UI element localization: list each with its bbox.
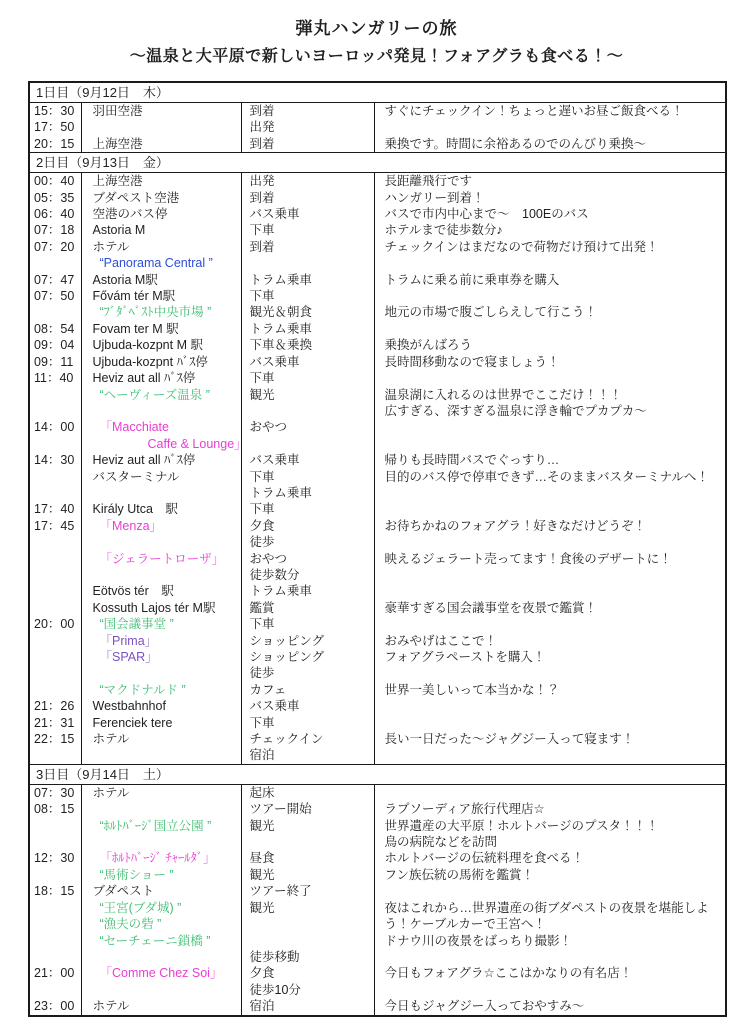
place-cell bbox=[81, 982, 241, 998]
itinerary-row: 07：18Astoria M下車ホテルまで徒歩数分♪ bbox=[29, 222, 726, 238]
action-cell: 到着 bbox=[241, 136, 374, 153]
time-cell: 11：40 bbox=[29, 370, 81, 386]
itinerary-row: 宿泊 bbox=[29, 747, 726, 764]
place-cell: Ferenciek tere bbox=[81, 715, 241, 731]
time-cell bbox=[29, 551, 81, 567]
time-cell: 23：00 bbox=[29, 998, 81, 1015]
note-cell: 今日もジャグジー入っておやすみ～ bbox=[374, 998, 726, 1015]
note-cell bbox=[374, 883, 726, 899]
time-cell: 17：50 bbox=[29, 119, 81, 135]
action-cell: 徒歩数分 bbox=[241, 567, 374, 583]
itinerary-row: 08：15ツアー開始ラプソーディア旅行代理店☆ bbox=[29, 801, 726, 817]
time-cell: 17：40 bbox=[29, 501, 81, 517]
itinerary-row: 15：30羽田空港到着すぐにチェックイン！ちょっと遅いお昼ご飯食べる！ bbox=[29, 103, 726, 120]
time-cell bbox=[29, 682, 81, 698]
note-cell bbox=[374, 436, 726, 452]
time-cell bbox=[29, 747, 81, 764]
time-cell: 08：54 bbox=[29, 321, 81, 337]
place-cell: “国会議事堂 ” bbox=[81, 616, 241, 632]
action-cell: 下車 bbox=[241, 501, 374, 517]
time-cell bbox=[29, 633, 81, 649]
place-cell: Eötvös tér 駅 bbox=[81, 583, 241, 599]
document-page: 弾丸ハンガリーの旅 ～温泉と大平原で新しいヨーロッパ発見！フォアグラも食べる！～… bbox=[0, 0, 753, 1024]
action-cell: 下車 bbox=[241, 288, 374, 304]
action-cell: バス乗車 bbox=[241, 206, 374, 222]
day-header: 1日目（9月12日 木） bbox=[29, 82, 726, 103]
action-cell: 出発 bbox=[241, 119, 374, 135]
itinerary-row: 07：47Astoria M駅トラム乗車トラムに乗る前に乗車券を購入 bbox=[29, 272, 726, 288]
note-cell: 乗換がんばろう bbox=[374, 337, 726, 353]
note-cell bbox=[374, 119, 726, 135]
note-cell: 目的のバス停で停車できず…そのままバスターミナルへ！ bbox=[374, 469, 726, 485]
note-cell: 世界遺産の大平原！ホルトバージのプスタ！！！ bbox=[374, 818, 726, 834]
place-cell bbox=[81, 834, 241, 850]
note-cell bbox=[374, 370, 726, 386]
action-cell: 観光＆朝食 bbox=[241, 304, 374, 320]
time-cell: 05：35 bbox=[29, 190, 81, 206]
time-cell bbox=[29, 916, 81, 932]
itinerary-row: “漁夫の砦 ”う！ケーブルカーで王宮へ！ bbox=[29, 916, 726, 932]
note-cell bbox=[374, 616, 726, 632]
itinerary-table-body: 1日目（9月12日 木）15：30羽田空港到着すぐにチェックイン！ちょっと遅いお… bbox=[29, 82, 726, 1016]
itinerary-row: バスターミナル下車目的のバス停で停車できず…そのままバスターミナルへ！ bbox=[29, 469, 726, 485]
place-cell: ブダペスト空港 bbox=[81, 190, 241, 206]
note-cell bbox=[374, 485, 726, 501]
time-cell bbox=[29, 818, 81, 834]
note-cell: 地元の市場で腹ごしらえして行こう！ bbox=[374, 304, 726, 320]
place-cell: Astoria M駅 bbox=[81, 272, 241, 288]
place-cell bbox=[81, 534, 241, 550]
note-cell bbox=[374, 419, 726, 435]
itinerary-row: “ﾌﾞﾀﾞﾍﾞｽﾄ中央市場 ”観光＆朝食地元の市場で腹ごしらえして行こう！ bbox=[29, 304, 726, 320]
itinerary-row: 20：00“国会議事堂 ”下車 bbox=[29, 616, 726, 632]
itinerary-row: 徒歩数分 bbox=[29, 567, 726, 583]
place-cell: “マクドナルド ” bbox=[81, 682, 241, 698]
action-cell: トラム乗車 bbox=[241, 583, 374, 599]
action-cell: チェックイン bbox=[241, 731, 374, 747]
action-cell: トラム乗車 bbox=[241, 321, 374, 337]
note-cell bbox=[374, 784, 726, 801]
note-cell bbox=[374, 747, 726, 764]
time-cell bbox=[29, 534, 81, 550]
itinerary-row: 22：15ホテルチェックイン長い一日だった～ジャグジー入って寝ます！ bbox=[29, 731, 726, 747]
itinerary-row: 09：11Ujbuda-kozpnt ﾊﾞｽ停バス乗車長時間移動なので寝ましょう… bbox=[29, 354, 726, 370]
time-cell bbox=[29, 834, 81, 850]
note-cell: フォアグラペーストを購入！ bbox=[374, 649, 726, 665]
itinerary-row: 21：31Ferenciek tere下車 bbox=[29, 715, 726, 731]
action-cell: おやつ bbox=[241, 551, 374, 567]
action-cell: 徒歩 bbox=[241, 534, 374, 550]
time-cell: 20：15 bbox=[29, 136, 81, 153]
place-cell: Fővám tér M駅 bbox=[81, 288, 241, 304]
time-cell bbox=[29, 982, 81, 998]
note-cell bbox=[374, 698, 726, 714]
place-cell: “ヘーヴィーズ温泉 ” bbox=[81, 387, 241, 403]
place-cell: 上海空港 bbox=[81, 136, 241, 153]
action-cell: ツアー開始 bbox=[241, 801, 374, 817]
itinerary-row: “マクドナルド ”カフェ世界一美しいって本当かな！？ bbox=[29, 682, 726, 698]
day-header-row: 3日目（9月14日 土） bbox=[29, 764, 726, 784]
time-cell bbox=[29, 867, 81, 883]
place-cell bbox=[81, 949, 241, 965]
place-cell: 上海空港 bbox=[81, 173, 241, 190]
note-cell: 長時間移動なので寝ましょう！ bbox=[374, 354, 726, 370]
time-cell: 20：00 bbox=[29, 616, 81, 632]
place-cell bbox=[81, 119, 241, 135]
place-cell: “セーチェーニ鎖橋 ” bbox=[81, 933, 241, 949]
note-cell: う！ケーブルカーで王宮へ！ bbox=[374, 916, 726, 932]
action-cell bbox=[241, 916, 374, 932]
itinerary-row: 23：00ホテル宿泊今日もジャグジー入っておやすみ～ bbox=[29, 998, 726, 1015]
note-cell bbox=[374, 534, 726, 550]
place-cell bbox=[81, 567, 241, 583]
note-cell bbox=[374, 665, 726, 681]
action-cell: 下車 bbox=[241, 222, 374, 238]
note-cell bbox=[374, 288, 726, 304]
itinerary-row: 「SPAR」ショッピングフォアグラペーストを購入！ bbox=[29, 649, 726, 665]
note-cell bbox=[374, 321, 726, 337]
note-cell: ホテルまで徒歩数分♪ bbox=[374, 222, 726, 238]
itinerary-row: 12：30「ﾎﾙﾄﾊﾞｰｼﾞ ﾁｬｰﾙﾀﾞ」昼食ホルトバージの伝統料理を食べる！ bbox=[29, 850, 726, 866]
action-cell: カフェ bbox=[241, 682, 374, 698]
place-cell bbox=[81, 665, 241, 681]
note-cell bbox=[374, 583, 726, 599]
time-cell: 21：00 bbox=[29, 965, 81, 981]
itinerary-row: 05：35ブダペスト空港到着ハンガリー到着！ bbox=[29, 190, 726, 206]
action-cell: 夕食 bbox=[241, 965, 374, 981]
place-cell: Heviz aut all ﾊﾞｽ停 bbox=[81, 370, 241, 386]
action-cell: 到着 bbox=[241, 103, 374, 120]
action-cell: 下車 bbox=[241, 715, 374, 731]
time-cell: 09：04 bbox=[29, 337, 81, 353]
note-cell: 今日もフォアグラ☆ここはかなりの有名店！ bbox=[374, 965, 726, 981]
itinerary-row: 鳥の病院などを訪問 bbox=[29, 834, 726, 850]
time-cell bbox=[29, 469, 81, 485]
place-cell: 「Comme Chez Soi」 bbox=[81, 965, 241, 981]
action-cell: バス乗車 bbox=[241, 452, 374, 468]
day-header-row: 1日目（9月12日 木） bbox=[29, 82, 726, 103]
page-title: 弾丸ハンガリーの旅 bbox=[0, 14, 753, 39]
note-cell: 長い一日だった～ジャグジー入って寝ます！ bbox=[374, 731, 726, 747]
itinerary-row: 徒歩移動 bbox=[29, 949, 726, 965]
itinerary-row: 「Prima」ショッピングおみやげはここで！ bbox=[29, 633, 726, 649]
time-cell: 07：50 bbox=[29, 288, 81, 304]
note-cell: ホルトバージの伝統料理を食べる！ bbox=[374, 850, 726, 866]
itinerary-table: 1日目（9月12日 木）15：30羽田空港到着すぐにチェックイン！ちょっと遅いお… bbox=[28, 81, 727, 1017]
note-cell bbox=[374, 982, 726, 998]
action-cell: 徒歩移動 bbox=[241, 949, 374, 965]
place-cell: ブダペスト bbox=[81, 883, 241, 899]
time-cell: 17：45 bbox=[29, 518, 81, 534]
itinerary-row: “ﾎﾙﾄﾊﾞｰｼﾞ国立公園 ”観光世界遺産の大平原！ホルトバージのプスタ！！！ bbox=[29, 818, 726, 834]
time-cell: 21：31 bbox=[29, 715, 81, 731]
itinerary-row: 11：40Heviz aut all ﾊﾞｽ停下車 bbox=[29, 370, 726, 386]
place-cell: ホテル bbox=[81, 239, 241, 255]
time-cell: 22：15 bbox=[29, 731, 81, 747]
action-cell: 到着 bbox=[241, 190, 374, 206]
place-cell bbox=[81, 801, 241, 817]
time-cell: 09：11 bbox=[29, 354, 81, 370]
itinerary-row: 20：15上海空港到着乗換です。時間に余裕あるのでのんびり乗換～ bbox=[29, 136, 726, 153]
place-cell: Caffe & Lounge」 bbox=[81, 436, 241, 452]
itinerary-row: 徒歩10分 bbox=[29, 982, 726, 998]
time-cell bbox=[29, 436, 81, 452]
time-cell bbox=[29, 900, 81, 916]
place-cell: Fovam ter M 駅 bbox=[81, 321, 241, 337]
place-cell: “Panorama Central ” bbox=[81, 255, 241, 271]
itinerary-row: 「ジェラートローザ」おやつ映えるジェラート売ってます！食後のデザートに！ bbox=[29, 551, 726, 567]
itinerary-row: 07：20ホテル到着チェックインはまだなので荷物だけ預けて出発！ bbox=[29, 239, 726, 255]
action-cell: バス乗車 bbox=[241, 698, 374, 714]
time-cell bbox=[29, 649, 81, 665]
itinerary-row: 07：50Fővám tér M駅下車 bbox=[29, 288, 726, 304]
action-cell: 下車 bbox=[241, 616, 374, 632]
itinerary-row: “ヘーヴィーズ温泉 ”観光温泉湖に入れるのは世界でここだけ！！！ bbox=[29, 387, 726, 403]
place-cell: 「ﾎﾙﾄﾊﾞｰｼﾞ ﾁｬｰﾙﾀﾞ」 bbox=[81, 850, 241, 866]
action-cell bbox=[241, 403, 374, 419]
place-cell: “ﾎﾙﾄﾊﾞｰｼﾞ国立公園 ” bbox=[81, 818, 241, 834]
place-cell: Király Utca 駅 bbox=[81, 501, 241, 517]
note-cell: 長距離飛行です bbox=[374, 173, 726, 190]
time-cell bbox=[29, 583, 81, 599]
action-cell: 出発 bbox=[241, 173, 374, 190]
itinerary-row: 06：40空港のバス停バス乗車バスで市内中心まで～ 100Eのバス bbox=[29, 206, 726, 222]
place-cell: 「Menza」 bbox=[81, 518, 241, 534]
time-cell bbox=[29, 403, 81, 419]
time-cell bbox=[29, 567, 81, 583]
action-cell: 観光 bbox=[241, 387, 374, 403]
time-cell: 14：00 bbox=[29, 419, 81, 435]
place-cell: Ujbuda-kozpnt ﾊﾞｽ停 bbox=[81, 354, 241, 370]
time-cell bbox=[29, 665, 81, 681]
note-cell: 乗換です。時間に余裕あるのでのんびり乗換～ bbox=[374, 136, 726, 153]
action-cell: 下車＆乗換 bbox=[241, 337, 374, 353]
place-cell: “漁夫の砦 ” bbox=[81, 916, 241, 932]
time-cell: 06：40 bbox=[29, 206, 81, 222]
itinerary-row: “王宮(ブダ城) ”観光夜はこれから…世界遺産の街ブダペストの夜景を堪能しよ bbox=[29, 900, 726, 916]
action-cell: 到着 bbox=[241, 239, 374, 255]
place-cell: 「Macchiate bbox=[81, 419, 241, 435]
note-cell: 広すぎる、深すぎる温泉に浮き輪でプカプカ～ bbox=[374, 403, 726, 419]
action-cell: 夕食 bbox=[241, 518, 374, 534]
itinerary-row: 徒歩 bbox=[29, 534, 726, 550]
place-cell: Kossuth Lajos tér M駅 bbox=[81, 600, 241, 616]
time-cell bbox=[29, 485, 81, 501]
time-cell bbox=[29, 255, 81, 271]
action-cell: 観光 bbox=[241, 900, 374, 916]
note-cell: 世界一美しいって本当かな！？ bbox=[374, 682, 726, 698]
action-cell: 下車 bbox=[241, 469, 374, 485]
itinerary-row: Eötvös tér 駅トラム乗車 bbox=[29, 583, 726, 599]
note-cell: お待ちかねのフォアグラ！好きなだけどうぞ！ bbox=[374, 518, 726, 534]
action-cell: 昼食 bbox=[241, 850, 374, 866]
note-cell bbox=[374, 501, 726, 517]
place-cell bbox=[81, 485, 241, 501]
itinerary-row: 徒歩 bbox=[29, 665, 726, 681]
itinerary-row: 17：50出発 bbox=[29, 119, 726, 135]
itinerary-row: 00：40上海空港出発長距離飛行です bbox=[29, 173, 726, 190]
itinerary-row: Caffe & Lounge」 bbox=[29, 436, 726, 452]
action-cell: 鑑賞 bbox=[241, 600, 374, 616]
action-cell: おやつ bbox=[241, 419, 374, 435]
action-cell: ツアー終了 bbox=[241, 883, 374, 899]
itinerary-row: 09：04Ujbuda-kozpnt M 駅下車＆乗換乗換がんばろう bbox=[29, 337, 726, 353]
action-cell: トラム乗車 bbox=[241, 272, 374, 288]
itinerary-row: 21：26Westbahnhofバス乗車 bbox=[29, 698, 726, 714]
itinerary-row: 広すぎる、深すぎる温泉に浮き輪でプカプカ～ bbox=[29, 403, 726, 419]
note-cell: 帰りも長時間バスでぐっすり… bbox=[374, 452, 726, 468]
action-cell bbox=[241, 255, 374, 271]
note-cell: 映えるジェラート売ってます！食後のデザートに！ bbox=[374, 551, 726, 567]
place-cell: Astoria M bbox=[81, 222, 241, 238]
time-cell bbox=[29, 387, 81, 403]
time-cell bbox=[29, 949, 81, 965]
note-cell: ラプソーディア旅行代理店☆ bbox=[374, 801, 726, 817]
place-cell: バスターミナル bbox=[81, 469, 241, 485]
place-cell: Westbahnhof bbox=[81, 698, 241, 714]
place-cell: “馬術ショー ” bbox=[81, 867, 241, 883]
time-cell: 07：18 bbox=[29, 222, 81, 238]
time-cell: 14：30 bbox=[29, 452, 81, 468]
place-cell: Heviz aut all ﾊﾞｽ停 bbox=[81, 452, 241, 468]
place-cell: ホテル bbox=[81, 784, 241, 801]
time-cell: 07：30 bbox=[29, 784, 81, 801]
action-cell: トラム乗車 bbox=[241, 485, 374, 501]
itinerary-row: 14：30Heviz aut all ﾊﾞｽ停バス乗車帰りも長時間バスでぐっすり… bbox=[29, 452, 726, 468]
note-cell bbox=[374, 949, 726, 965]
time-cell: 21：26 bbox=[29, 698, 81, 714]
time-cell: 18：15 bbox=[29, 883, 81, 899]
action-cell: 宿泊 bbox=[241, 998, 374, 1015]
action-cell: 徒歩10分 bbox=[241, 982, 374, 998]
place-cell: 「ジェラートローザ」 bbox=[81, 551, 241, 567]
note-cell: すぐにチェックイン！ちょっと遅いお昼ご飯食べる！ bbox=[374, 103, 726, 120]
note-cell: チェックインはまだなので荷物だけ預けて出発！ bbox=[374, 239, 726, 255]
day-header: 2日目（9月13日 金） bbox=[29, 153, 726, 173]
time-cell bbox=[29, 600, 81, 616]
note-cell bbox=[374, 255, 726, 271]
action-cell: 観光 bbox=[241, 867, 374, 883]
itinerary-row: 14：00「Macchiateおやつ bbox=[29, 419, 726, 435]
note-cell: 温泉湖に入れるのは世界でここだけ！！！ bbox=[374, 387, 726, 403]
place-cell bbox=[81, 747, 241, 764]
action-cell: 徒歩 bbox=[241, 665, 374, 681]
itinerary-row: “セーチェーニ鎖橋 ”ドナウ川の夜景をばっちり撮影！ bbox=[29, 933, 726, 949]
note-cell bbox=[374, 567, 726, 583]
itinerary-row: トラム乗車 bbox=[29, 485, 726, 501]
itinerary-row: 17：45「Menza」夕食お待ちかねのフォアグラ！好きなだけどうぞ！ bbox=[29, 518, 726, 534]
itinerary-row: 21：00「Comme Chez Soi」夕食今日もフォアグラ☆ここはかなりの有… bbox=[29, 965, 726, 981]
place-cell: 「SPAR」 bbox=[81, 649, 241, 665]
time-cell: 12：30 bbox=[29, 850, 81, 866]
place-cell: Ujbuda-kozpnt M 駅 bbox=[81, 337, 241, 353]
itinerary-row: “Panorama Central ” bbox=[29, 255, 726, 271]
place-cell: 空港のバス停 bbox=[81, 206, 241, 222]
itinerary-row: “馬術ショー ”観光フン族伝統の馬術を鑑賞！ bbox=[29, 867, 726, 883]
note-cell: 豪華すぎる国会議事堂を夜景で鑑賞！ bbox=[374, 600, 726, 616]
place-cell: 羽田空港 bbox=[81, 103, 241, 120]
day-header: 3日目（9月14日 土） bbox=[29, 764, 726, 784]
note-cell: ハンガリー到着！ bbox=[374, 190, 726, 206]
itinerary-row: Kossuth Lajos tér M駅鑑賞豪華すぎる国会議事堂を夜景で鑑賞！ bbox=[29, 600, 726, 616]
action-cell: 宿泊 bbox=[241, 747, 374, 764]
time-cell: 00：40 bbox=[29, 173, 81, 190]
action-cell: バス乗車 bbox=[241, 354, 374, 370]
itinerary-row: 07：30ホテル起床 bbox=[29, 784, 726, 801]
action-cell: 下車 bbox=[241, 370, 374, 386]
note-cell: トラムに乗る前に乗車券を購入 bbox=[374, 272, 726, 288]
place-cell bbox=[81, 403, 241, 419]
note-cell: おみやげはここで！ bbox=[374, 633, 726, 649]
note-cell: ドナウ川の夜景をばっちり撮影！ bbox=[374, 933, 726, 949]
note-cell: 夜はこれから…世界遺産の街ブダペストの夜景を堪能しよ bbox=[374, 900, 726, 916]
note-cell bbox=[374, 715, 726, 731]
action-cell bbox=[241, 436, 374, 452]
note-cell: フン族伝統の馬術を鑑賞！ bbox=[374, 867, 726, 883]
page-subtitle: ～温泉と大平原で新しいヨーロッパ発見！フォアグラも食べる！～ bbox=[0, 43, 753, 66]
itinerary-row: 08：54Fovam ter M 駅トラム乗車 bbox=[29, 321, 726, 337]
time-cell bbox=[29, 933, 81, 949]
action-cell bbox=[241, 834, 374, 850]
action-cell: ショッピング bbox=[241, 649, 374, 665]
place-cell: “ﾌﾞﾀﾞﾍﾞｽﾄ中央市場 ” bbox=[81, 304, 241, 320]
action-cell bbox=[241, 933, 374, 949]
time-cell: 07：20 bbox=[29, 239, 81, 255]
time-cell bbox=[29, 304, 81, 320]
place-cell: ホテル bbox=[81, 998, 241, 1015]
place-cell: “王宮(ブダ城) ” bbox=[81, 900, 241, 916]
itinerary-row: 18：15ブダペストツアー終了 bbox=[29, 883, 726, 899]
itinerary-row: 17：40Király Utca 駅下車 bbox=[29, 501, 726, 517]
action-cell: ショッピング bbox=[241, 633, 374, 649]
note-cell: バスで市内中心まで～ 100Eのバス bbox=[374, 206, 726, 222]
time-cell: 08：15 bbox=[29, 801, 81, 817]
day-header-row: 2日目（9月13日 金） bbox=[29, 153, 726, 173]
place-cell: ホテル bbox=[81, 731, 241, 747]
note-cell: 鳥の病院などを訪問 bbox=[374, 834, 726, 850]
action-cell: 起床 bbox=[241, 784, 374, 801]
place-cell: 「Prima」 bbox=[81, 633, 241, 649]
action-cell: 観光 bbox=[241, 818, 374, 834]
time-cell: 15：30 bbox=[29, 103, 81, 120]
time-cell: 07：47 bbox=[29, 272, 81, 288]
